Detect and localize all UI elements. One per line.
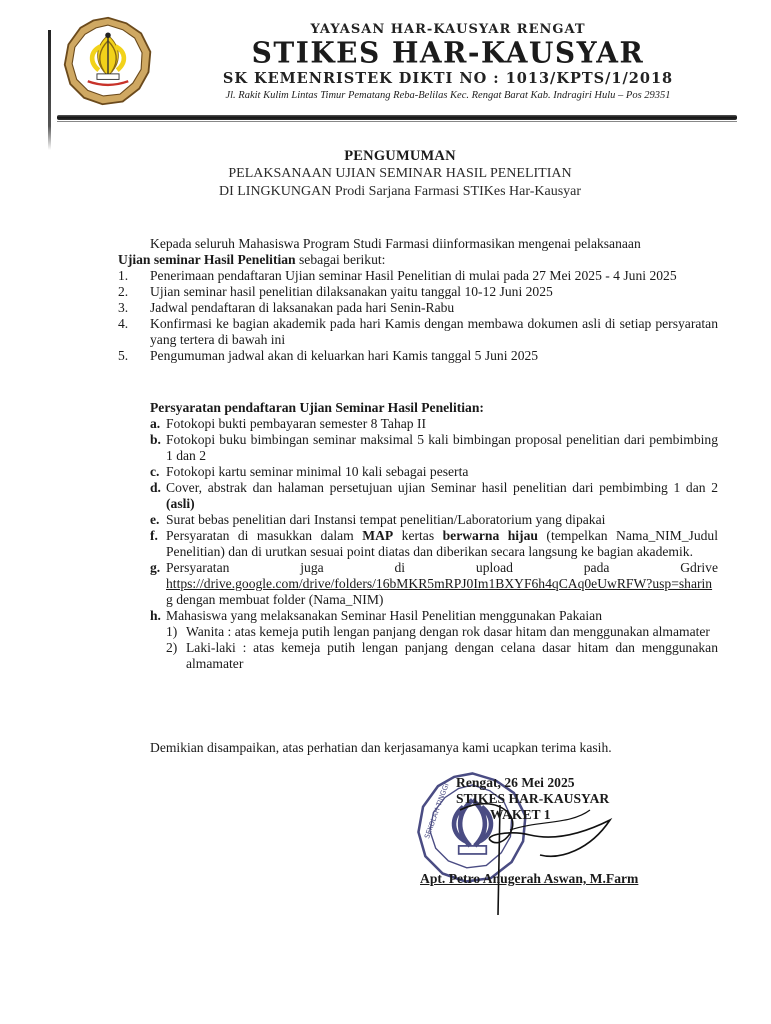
requirements-section: Persyaratan pendaftaran Ujian Seminar Ha…	[150, 400, 718, 672]
requirement-letter: g.	[150, 560, 160, 576]
requirement-original-note: (asli)	[166, 496, 195, 511]
dress-code-text: Laki-laki : atas kemeja putih lengan pan…	[186, 640, 718, 671]
requirement-text: dengan membuat folder (Nama_NIM)	[173, 592, 384, 607]
institution-logo-icon	[62, 15, 154, 107]
schedule-number: 4.	[118, 316, 128, 332]
announcement-title: PENGUMUMAN PELAKSANAAN UJIAN SEMINAR HAS…	[150, 148, 650, 201]
requirements-list: a.Fotokopi bukti pembayaran semester 8 T…	[150, 416, 718, 672]
requirement-item: f.Persyaratan di masukkan dalam MAP kert…	[150, 528, 718, 560]
requirement-text: Fotokopi buku bimbingan seminar maksimal…	[166, 432, 718, 463]
requirement-letter: a.	[150, 416, 160, 432]
signature-position: WAKET 1	[420, 807, 670, 823]
schedule-text: Konfirmasi ke bagian akademik pada hari …	[150, 316, 718, 347]
intro-section: Kepada seluruh Mahasiswa Program Studi F…	[118, 236, 718, 364]
requirement-letter: f.	[150, 528, 158, 544]
requirement-item: d.Cover, abstrak dan halaman persetujuan…	[150, 480, 718, 512]
requirement-item: e.Surat bebas penelitian dari Instansi t…	[150, 512, 718, 528]
schedule-text: Penerimaan pendaftaran Ujian seminar Has…	[150, 268, 677, 283]
requirement-color-bold: berwarna hijau	[443, 528, 538, 543]
announcement-heading: PENGUMUMAN	[150, 148, 650, 165]
requirement-text: Mahasiswa yang melaksanakan Seminar Hasi…	[166, 608, 602, 623]
requirement-text: Fotokopi kartu seminar minimal 10 kali s…	[166, 464, 468, 479]
requirement-text: Persyaratan di masukkan dalam	[166, 528, 362, 543]
requirement-letter: e.	[150, 512, 159, 528]
requirement-text: Fotokopi bukti pembayaran semester 8 Tah…	[166, 416, 426, 431]
requirement-letter: h.	[150, 608, 161, 624]
dress-code-number: 2)	[166, 640, 177, 656]
schedule-list: 1.Penerimaan pendaftaran Ujian seminar H…	[118, 268, 718, 364]
requirement-item: a.Fotokopi bukti pembayaran semester 8 T…	[150, 416, 718, 432]
institution-name: STIKES HAR-KAUSYAR	[158, 37, 738, 69]
institution-address: Jl. Rakit Kulim Lintas Timur Pematang Re…	[158, 90, 738, 101]
letterhead: YAYASAN HAR-KAUSYAR RENGAT STIKES HAR-KA…	[58, 12, 738, 122]
announcement-subtitle-1: PELAKSANAAN UJIAN SEMINAR HASIL PENELITI…	[150, 165, 650, 183]
intro-paragraph: Kepada seluruh Mahasiswa Program Studi F…	[118, 236, 718, 252]
requirement-text: kertas	[393, 528, 442, 543]
schedule-item: 5.Pengumuman jadwal akan di keluarkan ha…	[118, 348, 718, 364]
schedule-text: Jadwal pendaftaran di laksanakan pada ha…	[150, 300, 454, 315]
closing-paragraph: Demikian disampaikan, atas perhatian dan…	[150, 740, 718, 756]
schedule-text: Pengumuman jadwal akan di keluarkan hari…	[150, 348, 538, 363]
signer-name: Apt. Petro Anugerah Aswan, M.Farm	[420, 871, 670, 887]
signature-place-date: Rengat, 26 Mei 2025	[420, 775, 670, 791]
requirement-text: Surat bebas penelitian dari Instansi tem…	[166, 512, 605, 527]
intro-lead: Kepada seluruh Mahasiswa Program Studi F…	[150, 236, 641, 251]
schedule-number: 2.	[118, 284, 128, 300]
letterhead-rule-thin	[57, 121, 737, 122]
signature-institution: STIKES HAR-KAUSYAR	[420, 791, 670, 807]
intro-lead-end: sebagai berikut:	[296, 252, 386, 267]
requirement-map-bold: MAP	[362, 528, 393, 543]
intro-lead-bold: Ujian seminar Hasil Penelitian	[118, 252, 296, 267]
schedule-item: 3.Jadwal pendaftaran di laksanakan pada …	[118, 300, 718, 316]
dress-code-item: 1)Wanita : atas kemeja putih lengan panj…	[166, 624, 718, 640]
requirement-item: h.Mahasiswa yang melaksanakan Seminar Ha…	[150, 608, 718, 672]
schedule-item: 1.Penerimaan pendaftaran Ujian seminar H…	[118, 268, 718, 284]
requirement-letter: b.	[150, 432, 161, 448]
schedule-number: 1.	[118, 268, 128, 284]
document-page: YAYASAN HAR-KAUSYAR RENGAT STIKES HAR-KA…	[0, 0, 771, 1024]
requirement-item: b.Fotokopi buku bimbingan seminar maksim…	[150, 432, 718, 464]
schedule-text: Ujian seminar hasil penelitian dilaksana…	[150, 284, 553, 299]
scan-edge-shadow	[48, 30, 51, 150]
requirement-item: c.Fotokopi kartu seminar minimal 10 kali…	[150, 464, 718, 480]
dress-code-text: Wanita : atas kemeja putih lengan panjan…	[186, 624, 710, 639]
decree-number: SK KEMENRISTEK DIKTI NO : 1013/KPTS/1/20…	[158, 70, 738, 87]
requirement-letter: c.	[150, 464, 159, 480]
signature-block: Rengat, 26 Mei 2025 STIKES HAR-KAUSYAR W…	[420, 775, 670, 887]
intro-continuation: Ujian seminar Hasil Penelitian sebagai b…	[118, 252, 718, 268]
schedule-item: 2.Ujian seminar hasil penelitian dilaksa…	[118, 284, 718, 300]
dress-code-list: 1)Wanita : atas kemeja putih lengan panj…	[166, 624, 718, 672]
schedule-number: 3.	[118, 300, 128, 316]
schedule-item: 4.Konfirmasi ke bagian akademik pada har…	[118, 316, 718, 348]
requirement-text: Cover, abstrak dan halaman persetujuan u…	[166, 480, 718, 495]
announcement-subtitle-2: DI LINGKUNGAN Prodi Sarjana Farmasi STIK…	[150, 183, 650, 201]
requirement-letter: d.	[150, 480, 161, 496]
requirement-item: g.Persyaratan juga di upload pada Gdrive…	[150, 560, 718, 608]
requirements-title: Persyaratan pendaftaran Ujian Seminar Ha…	[150, 400, 718, 416]
schedule-number: 5.	[118, 348, 128, 364]
requirement-text: Persyaratan juga di upload pada Gdrive	[166, 560, 718, 576]
dress-code-number: 1)	[166, 624, 177, 640]
dress-code-item: 2)Laki-laki : atas kemeja putih lengan p…	[166, 640, 718, 672]
letterhead-rule	[57, 115, 737, 120]
